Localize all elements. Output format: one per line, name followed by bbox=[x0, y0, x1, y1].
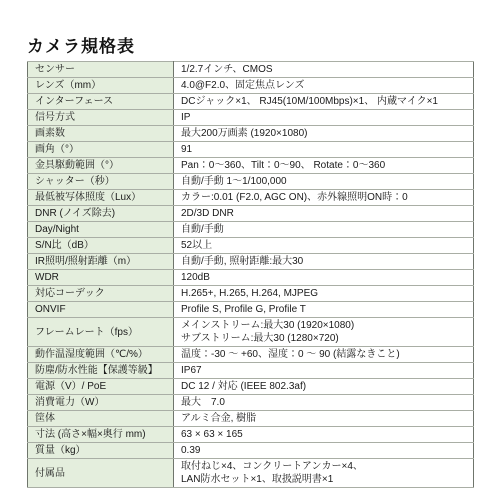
spec-value-cell: メインストリーム:最大30 (1920×1080) サブストリーム:最大30 (… bbox=[174, 318, 474, 347]
spec-value-cell: Profile S, Profile G, Profile T bbox=[174, 302, 474, 318]
spec-value-cell: DC 12 / 対応 (IEEE 802.3af) bbox=[174, 379, 474, 395]
spec-row: 信号方式 IP bbox=[28, 110, 474, 126]
spec-value-cell: 自動/手動, 照射距離:最大30 bbox=[174, 254, 474, 270]
spec-value-cell: 最大200万画素 (1920×1080) bbox=[174, 126, 474, 142]
spec-value-cell: 自動/手動 bbox=[174, 222, 474, 238]
spec-label-cell: 信号方式 bbox=[28, 110, 174, 126]
spec-label-cell: S/N比（dB） bbox=[28, 238, 174, 254]
spec-row: 消費電力（W） 最大 7.0 bbox=[28, 395, 474, 411]
spec-label-cell: 動作温湿度範囲（℃/%） bbox=[28, 347, 174, 363]
spec-row: 対応コーデック H.265+, H.265, H.264, MJPEG bbox=[28, 286, 474, 302]
spec-label-cell: フレームレート（fps） bbox=[28, 318, 174, 347]
spec-row: 付属品 取付ねじ×4、コンクリートアンカー×4、 LAN防水セット×1、取扱説明… bbox=[28, 459, 474, 488]
spec-row: 画角（°） 91 bbox=[28, 142, 474, 158]
spec-row: 最低被写体照度（Lux） カラー:0.01 (F2.0, AGC ON)、赤外線… bbox=[28, 190, 474, 206]
spec-label-cell: 画角（°） bbox=[28, 142, 174, 158]
spec-value-cell: 91 bbox=[174, 142, 474, 158]
spec-row: WDR 120dB bbox=[28, 270, 474, 286]
spec-label-cell: 最低被写体照度（Lux） bbox=[28, 190, 174, 206]
spec-row: ONVIF Profile S, Profile G, Profile T bbox=[28, 302, 474, 318]
spec-value-cell: 52以上 bbox=[174, 238, 474, 254]
spec-label-cell: 金具駆動範囲（°） bbox=[28, 158, 174, 174]
spec-label-cell: 質量（kg） bbox=[28, 443, 174, 459]
spec-label-cell: 防塵/防水性能【保護等級】 bbox=[28, 363, 174, 379]
spec-row: 動作温湿度範囲（℃/%） 温度：-30 ～ +60、湿度：0 ～ 90 (結露な… bbox=[28, 347, 474, 363]
spec-label-cell: 消費電力（W） bbox=[28, 395, 174, 411]
spec-row: シャッター（秒） 自動/手動 1～1/100,000 bbox=[28, 174, 474, 190]
spec-label-cell: 付属品 bbox=[28, 459, 174, 488]
spec-row: 電源（V）/ PoE DC 12 / 対応 (IEEE 802.3af) bbox=[28, 379, 474, 395]
spec-value-cell: 4.0@F2.0、固定焦点レンズ bbox=[174, 78, 474, 94]
spec-row: インターフェース DCジャック×1、 RJ45(10M/100Mbps)×1、 … bbox=[28, 94, 474, 110]
spec-value-cell: H.265+, H.265, H.264, MJPEG bbox=[174, 286, 474, 302]
spec-value-cell: IP bbox=[174, 110, 474, 126]
spec-row: 金具駆動範囲（°） Pan：0～360、Tilt：0～90、 Rotate：0～… bbox=[28, 158, 474, 174]
spec-value-cell: 取付ねじ×4、コンクリートアンカー×4、 LAN防水セット×1、取扱説明書×1 bbox=[174, 459, 474, 488]
spec-label-cell: 筐体 bbox=[28, 411, 174, 427]
spec-row: Day/Night 自動/手動 bbox=[28, 222, 474, 238]
spec-label-cell: インターフェース bbox=[28, 94, 174, 110]
spec-value-cell: 2D/3D DNR bbox=[174, 206, 474, 222]
spec-row: 寸法 (高さ×幅×奥行 mm) 63 × 63 × 165 bbox=[28, 427, 474, 443]
spec-row: センサー 1/2.7インチ、CMOS bbox=[28, 62, 474, 78]
spec-label-cell: レンズ（mm） bbox=[28, 78, 174, 94]
spec-label-cell: 寸法 (高さ×幅×奥行 mm) bbox=[28, 427, 174, 443]
spec-value-cell: 1/2.7インチ、CMOS bbox=[174, 62, 474, 78]
spec-row: IR照明/照射距離（m） 自動/手動, 照射距離:最大30 bbox=[28, 254, 474, 270]
spec-row: 筐体 アルミ合金, 樹脂 bbox=[28, 411, 474, 427]
page-title: カメラ規格表 bbox=[27, 32, 135, 57]
spec-row: DNR (ノイズ除去) 2D/3D DNR bbox=[28, 206, 474, 222]
spec-value-cell: IP67 bbox=[174, 363, 474, 379]
spec-row: レンズ（mm） 4.0@F2.0、固定焦点レンズ bbox=[28, 78, 474, 94]
spec-label-cell: 画素数 bbox=[28, 126, 174, 142]
spec-value-cell: Pan：0～360、Tilt：0～90、 Rotate：0～360 bbox=[174, 158, 474, 174]
spec-table: センサー 1/2.7インチ、CMOS レンズ（mm） 4.0@F2.0、固定焦点… bbox=[27, 61, 474, 488]
spec-row: 画素数 最大200万画素 (1920×1080) bbox=[28, 126, 474, 142]
spec-label-cell: IR照明/照射距離（m） bbox=[28, 254, 174, 270]
spec-label-cell: 電源（V）/ PoE bbox=[28, 379, 174, 395]
spec-value-cell: 最大 7.0 bbox=[174, 395, 474, 411]
spec-row: 質量（kg） 0.39 bbox=[28, 443, 474, 459]
spec-label-cell: WDR bbox=[28, 270, 174, 286]
spec-label-cell: センサー bbox=[28, 62, 174, 78]
spec-value-cell: 120dB bbox=[174, 270, 474, 286]
spec-label-cell: シャッター（秒） bbox=[28, 174, 174, 190]
spec-value-cell: 温度：-30 ～ +60、湿度：0 ～ 90 (結露なきこと) bbox=[174, 347, 474, 363]
spec-value-cell: DCジャック×1、 RJ45(10M/100Mbps)×1、 内蔵マイク×1 bbox=[174, 94, 474, 110]
spec-row: フレームレート（fps） メインストリーム:最大30 (1920×1080) サ… bbox=[28, 318, 474, 347]
spec-value-cell: 自動/手動 1～1/100,000 bbox=[174, 174, 474, 190]
spec-value-cell: カラー:0.01 (F2.0, AGC ON)、赤外線照明ON時：0 bbox=[174, 190, 474, 206]
spec-page: カメラ規格表 センサー 1/2.7インチ、CMOS レンズ（mm） 4.0@F2… bbox=[0, 0, 500, 500]
spec-value-cell: 0.39 bbox=[174, 443, 474, 459]
spec-value-cell: 63 × 63 × 165 bbox=[174, 427, 474, 443]
spec-label-cell: 対応コーデック bbox=[28, 286, 174, 302]
spec-label-cell: Day/Night bbox=[28, 222, 174, 238]
spec-value-cell: アルミ合金, 樹脂 bbox=[174, 411, 474, 427]
spec-label-cell: DNR (ノイズ除去) bbox=[28, 206, 174, 222]
spec-label-cell: ONVIF bbox=[28, 302, 174, 318]
spec-row: 防塵/防水性能【保護等級】 IP67 bbox=[28, 363, 474, 379]
spec-row: S/N比（dB） 52以上 bbox=[28, 238, 474, 254]
